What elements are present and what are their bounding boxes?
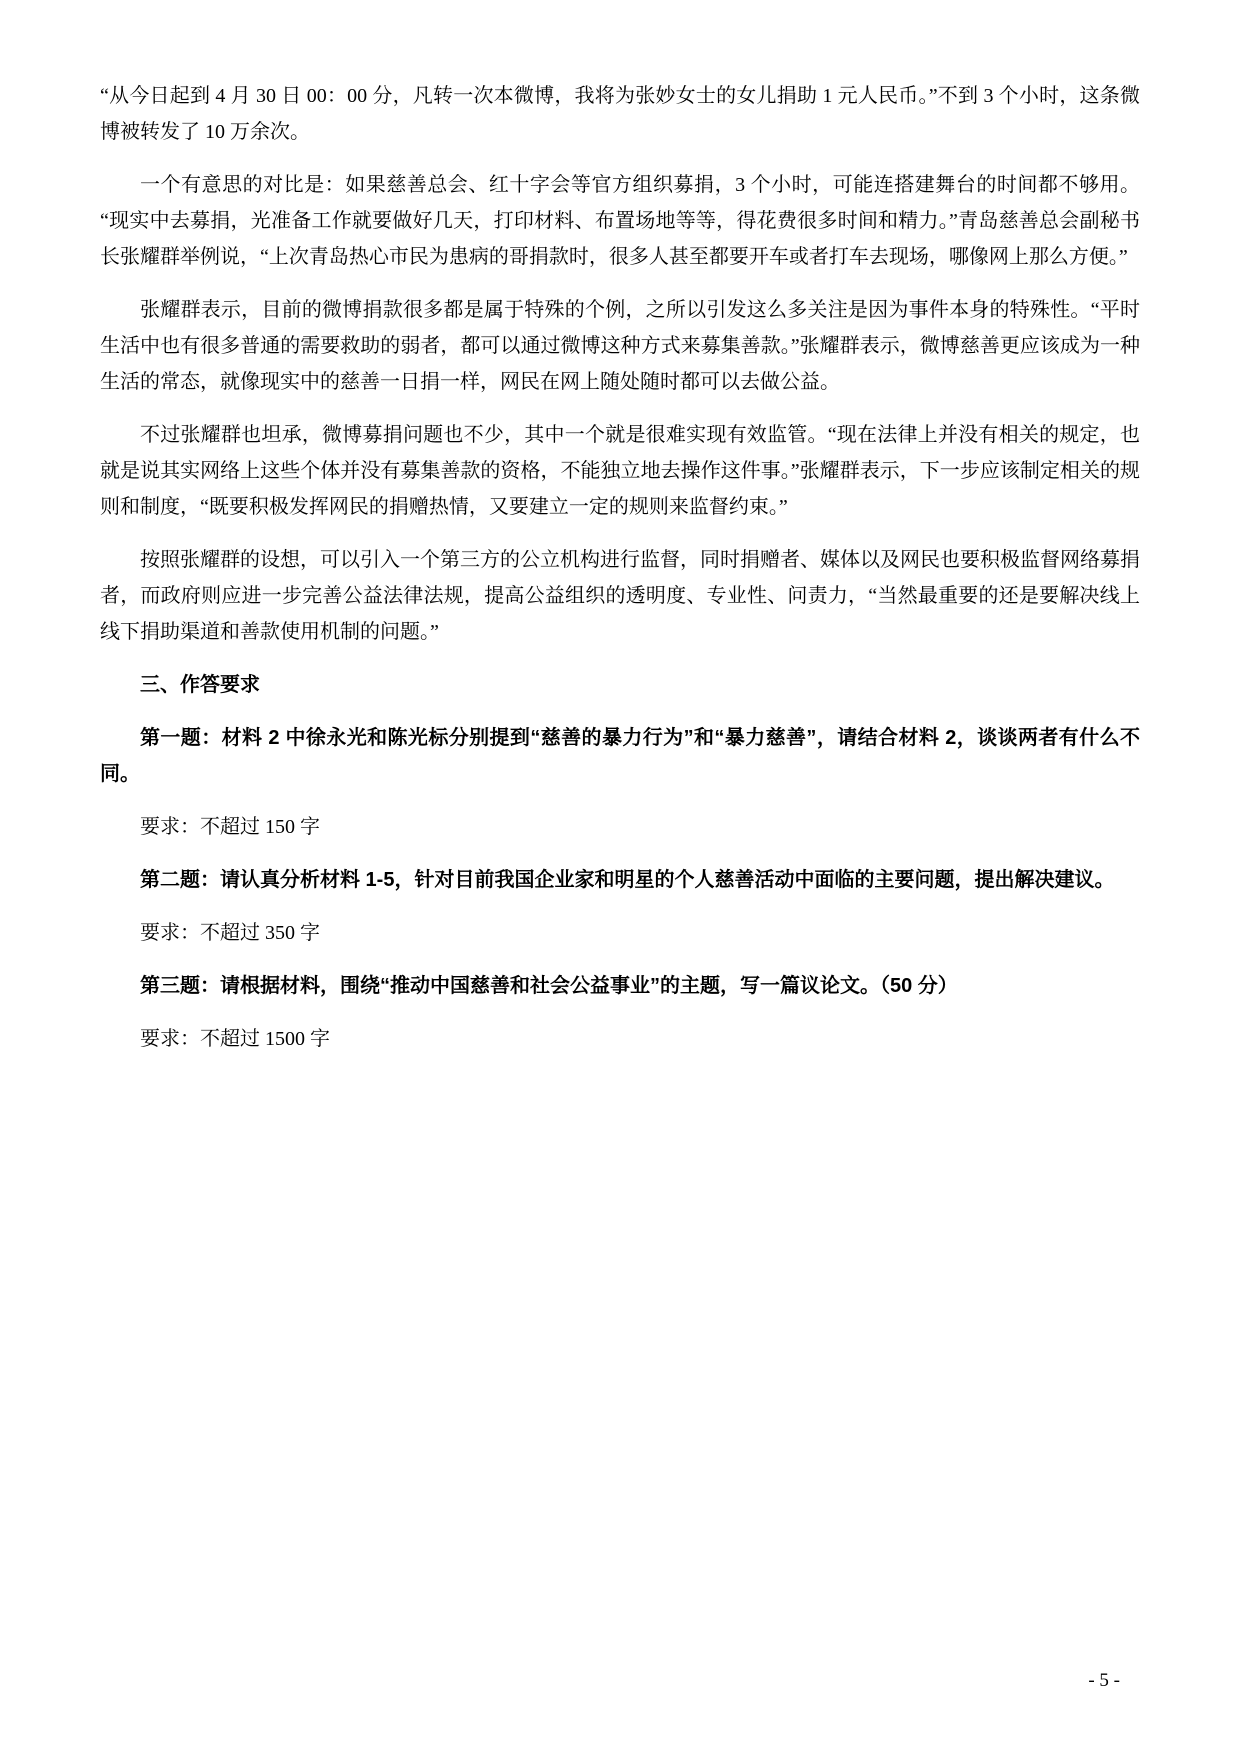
page-number: - 5 -: [1088, 1670, 1120, 1692]
question-3: 第三题：请根据材料，围绕“推动中国慈善和社会公益事业”的主题，写一篇议论文。（5…: [100, 968, 1140, 1004]
question-1-requirement: 要求：不超过 150 字: [100, 809, 1140, 845]
question-2-requirement: 要求：不超过 350 字: [100, 915, 1140, 951]
body-paragraph: 按照张耀群的设想，可以引入一个第三方的公立机构进行监督，同时捐赠者、媒体以及网民…: [100, 542, 1140, 650]
body-paragraph-continuation: “从今日起到 4 月 30 日 00：00 分，凡转一次本微博，我将为张妙女士的…: [100, 78, 1140, 150]
document-content: “从今日起到 4 月 30 日 00：00 分，凡转一次本微博，我将为张妙女士的…: [0, 0, 1240, 1057]
question-1: 第一题：材料 2 中徐永光和陈光标分别提到“慈善的暴力行为”和“暴力慈善”，请结…: [100, 720, 1140, 792]
question-3-requirement: 要求：不超过 1500 字: [100, 1021, 1140, 1057]
question-2: 第二题：请认真分析材料 1-5，针对目前我国企业家和明星的个人慈善活动中面临的主…: [100, 862, 1140, 898]
document-page: “从今日起到 4 月 30 日 00：00 分，凡转一次本微博，我将为张妙女士的…: [0, 0, 1240, 1754]
body-paragraph: 张耀群表示，目前的微博捐款很多都是属于特殊的个例，之所以引发这么多关注是因为事件…: [100, 292, 1140, 400]
section-heading-answer-requirements: 三、作答要求: [100, 667, 1140, 703]
body-paragraph: 不过张耀群也坦承，微博募捐问题也不少，其中一个就是很难实现有效监管。“现在法律上…: [100, 417, 1140, 525]
body-paragraph: 一个有意思的对比是：如果慈善总会、红十字会等官方组织募捐，3 个小时，可能连搭建…: [100, 167, 1140, 275]
